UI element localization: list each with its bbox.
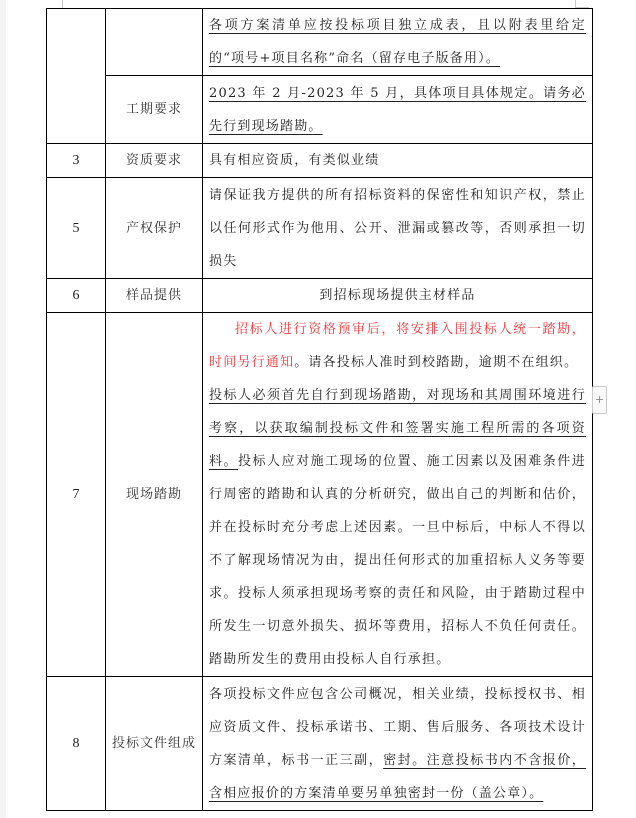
row-content-cell[interactable]: 各项投标文件应包含公司概况，相关业绩，投标授权书、相应资质文件、投标承诺书、工期… bbox=[203, 677, 593, 811]
row-content-cell[interactable]: 招标人进行资格预审后，将安排入围投标人统一踏勘，时间另行通知。请各投标人准时到校… bbox=[203, 313, 593, 677]
add-row-button[interactable]: + bbox=[592, 386, 607, 414]
table-row: 8 投标文件组成 各项投标文件应包含公司概况，相关业绩，投标授权书、相应资质文件… bbox=[47, 677, 593, 811]
row-content-cell[interactable]: 各项方案清单应按投标项目独立成表，且以附表里给定的“项号+项目名称”命名（留存电… bbox=[203, 9, 593, 76]
row-content-cell[interactable]: 具有相应资质，有类似业绩 bbox=[203, 144, 593, 178]
row-label-cell: 投标文件组成 bbox=[106, 677, 203, 811]
margin-guide-left bbox=[62, 0, 63, 8]
row-number-cell: 6 bbox=[47, 279, 106, 313]
ip-protection-text: 请保证我方提供的所有招标资料的保密性和知识产权，禁止以任何形式作为他用、公开、泄… bbox=[209, 188, 586, 269]
row-label-cell: 现场踏勘 bbox=[106, 313, 203, 677]
row-number-cell bbox=[47, 9, 106, 144]
sample-text: 到招标现场提供主材样品 bbox=[319, 288, 475, 303]
qualification-text: 具有相应资质，有类似业绩 bbox=[209, 153, 379, 168]
row-number-cell: 8 bbox=[47, 677, 106, 811]
site-visit-responsibility-text: 投标人应对施工现场的位置、施工因素以及困难条件进行周密的踏勘和认真的分析研究，做… bbox=[209, 454, 586, 667]
table-row: 6 样品提供 到招标现场提供主材样品 bbox=[47, 279, 593, 313]
row-label-cell: 资质要求 bbox=[106, 144, 203, 178]
table-row: 5 产权保护 请保证我方提供的所有招标资料的保密性和知识产权，禁止以任何形式作为… bbox=[47, 178, 593, 279]
bid-requirements-table: 各项方案清单应按投标项目独立成表，且以附表里给定的“项号+项目名称”命名（留存电… bbox=[46, 8, 593, 811]
row-label-cell: 工期要求 bbox=[106, 76, 203, 144]
table-row: 各项方案清单应按投标项目独立成表，且以附表里给定的“项号+项目名称”命名（留存电… bbox=[47, 9, 593, 76]
row-label-cell bbox=[106, 9, 203, 76]
naming-rule-text: 各项方案清单应按投标项目独立成表，且以附表里给定的“项号+项目名称”命名（留存电… bbox=[209, 18, 586, 66]
row-number-cell: 5 bbox=[47, 178, 106, 279]
row-number-cell: 7 bbox=[47, 313, 106, 677]
row-content-cell[interactable]: 到招标现场提供主材样品 bbox=[203, 279, 593, 313]
table-row: 工期要求 2023 年 2 月-2023 年 5 月，具体项目具体规定。请务必先… bbox=[47, 76, 593, 144]
table-row: 7 现场踏勘 招标人进行资格预审后，将安排入围投标人统一踏勘，时间另行通知。请各… bbox=[47, 313, 593, 677]
row-content-cell[interactable]: 请保证我方提供的所有招标资料的保密性和知识产权，禁止以任何形式作为他用、公开、泄… bbox=[203, 178, 593, 279]
row-content-cell[interactable]: 2023 年 2 月-2023 年 5 月，具体项目具体规定。请务必先行到现场踏… bbox=[203, 76, 593, 144]
row-label-cell: 样品提供 bbox=[106, 279, 203, 313]
schedule-text: 2023 年 2 月-2023 年 5 月，具体项目具体规定。请务必先行到现场踏… bbox=[209, 86, 586, 134]
site-visit-punctual-text: 。请各投标人准时到校踏勘，逾期不在组织。 bbox=[294, 355, 578, 370]
row-label-cell: 产权保护 bbox=[106, 178, 203, 279]
table-row: 3 资质要求 具有相应资质，有类似业绩 bbox=[47, 144, 593, 178]
row-number-cell: 3 bbox=[47, 144, 106, 178]
